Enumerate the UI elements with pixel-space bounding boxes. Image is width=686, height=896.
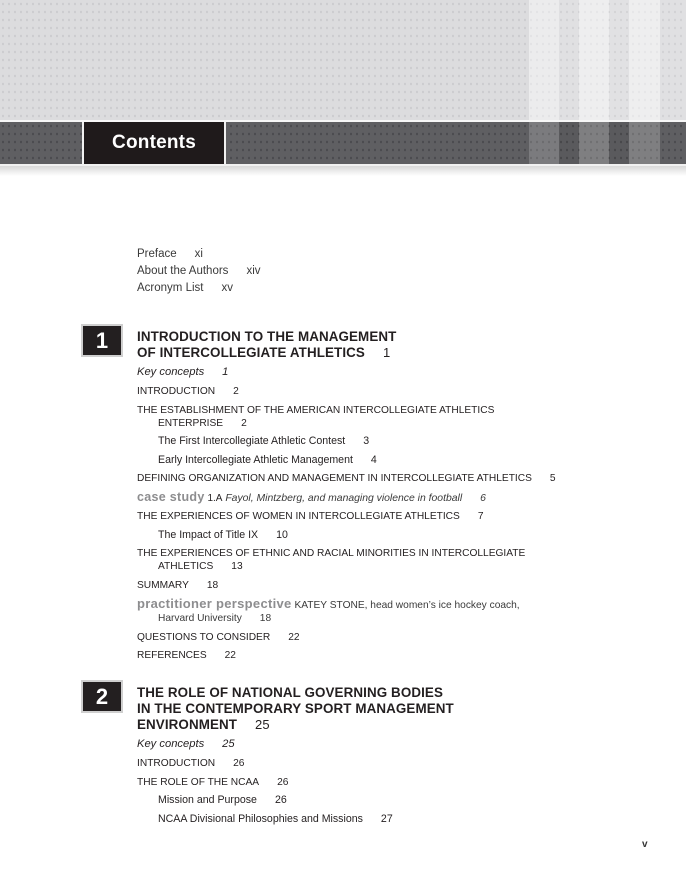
- toc-entry[interactable]: The Impact of Title IX10: [137, 529, 577, 542]
- toc-entry[interactable]: THE ESTABLISHMENT OF THE AMERICAN INTERC…: [137, 404, 577, 430]
- chapter-title[interactable]: INTRODUCTION TO THE MANAGEMENT OF INTERC…: [137, 329, 396, 361]
- band-stripe: [529, 122, 559, 164]
- entry-label-continued: ATHLETICS13: [137, 560, 577, 573]
- case-study-number: 1.A: [207, 493, 222, 504]
- entry-label: INTRODUCTION: [137, 386, 215, 397]
- entry-label: Mission and Purpose: [158, 794, 257, 806]
- entry-page: 13: [231, 561, 242, 572]
- toc-entry[interactable]: practitioner perspective KATEY STONE, he…: [137, 597, 577, 625]
- toc-entry[interactable]: Early Intercollegiate Athletic Managemen…: [137, 454, 577, 467]
- toc-entry[interactable]: DEFINING ORGANIZATION AND MANAGEMENT IN …: [137, 472, 577, 485]
- header-stripe: [579, 0, 609, 120]
- toc-entry[interactable]: INTRODUCTION26: [137, 757, 577, 770]
- page-title: Contents: [112, 132, 196, 154]
- entry-label: THE ESTABLISHMENT OF THE AMERICAN INTERC…: [137, 405, 494, 416]
- header-shadow: [0, 166, 686, 176]
- entry-label: THE EXPERIENCES OF WOMEN IN INTERCOLLEGI…: [137, 511, 460, 522]
- entry-label: Preface: [137, 248, 177, 260]
- entry-page: xiv: [246, 263, 260, 280]
- entry-label: Early Intercollegiate Athletic Managemen…: [158, 454, 353, 466]
- toc-entry[interactable]: QUESTIONS TO CONSIDER22: [137, 631, 577, 644]
- entry-page: 2: [233, 386, 239, 397]
- page-title-box: Contents: [82, 122, 226, 164]
- chapter-number-badge: 1: [81, 324, 123, 357]
- header-stripe: [629, 0, 660, 120]
- entry-label: DEFINING ORGANIZATION AND MANAGEMENT IN …: [137, 473, 532, 484]
- entry-label: Acronym List: [137, 282, 203, 294]
- toc-entry[interactable]: THE EXPERIENCES OF WOMEN IN INTERCOLLEGI…: [137, 510, 577, 523]
- toc-entry-about-authors[interactable]: About the Authorsxiv: [137, 263, 261, 280]
- chapter-entries: Key concepts25INTRODUCTION26THE ROLE OF …: [137, 738, 577, 831]
- entry-label: NCAA Divisional Philosophies and Mission…: [158, 813, 363, 825]
- entry-page: 25: [222, 738, 234, 750]
- entry-page: 22: [225, 650, 236, 661]
- practitioner-perspective-label: practitioner perspective: [137, 596, 292, 611]
- entry-label: Fayol, Mintzberg, and managing violence …: [225, 493, 462, 504]
- chapter-page: 25: [255, 717, 270, 732]
- band-stripe: [629, 122, 660, 164]
- toc-entry[interactable]: THE ROLE OF THE NCAA26: [137, 776, 577, 789]
- entry-label: QUESTIONS TO CONSIDER: [137, 632, 270, 643]
- toc-entry[interactable]: SUMMARY18: [137, 579, 577, 592]
- page-number: v: [642, 839, 648, 850]
- entry-page: 4: [371, 454, 377, 466]
- entry-label: THE ROLE OF THE NCAA: [137, 777, 259, 788]
- chapter-title-line: INTRODUCTION TO THE MANAGEMENT: [137, 329, 396, 345]
- toc-entry-preface[interactable]: Prefacexi: [137, 246, 261, 263]
- band-stripe: [609, 122, 629, 164]
- entry-label: INTRODUCTION: [137, 758, 215, 769]
- entry-page: xv: [221, 280, 233, 297]
- toc-entry[interactable]: Key concepts1: [137, 366, 577, 379]
- chapter-title[interactable]: THE ROLE OF NATIONAL GOVERNING BODIES IN…: [137, 685, 454, 733]
- chapter-number-badge: 2: [81, 680, 123, 713]
- entry-label: KATEY STONE, head women’s ice hockey coa…: [294, 600, 519, 611]
- band-stripe: [579, 122, 609, 164]
- header-background: [0, 0, 686, 120]
- band-stripe: [559, 122, 579, 164]
- toc-entry-acronym-list[interactable]: Acronym Listxv: [137, 280, 261, 297]
- chapter-title-line: ENVIRONMENT: [137, 717, 237, 732]
- entry-page: 22: [288, 632, 299, 643]
- entry-page: xi: [195, 246, 203, 263]
- entry-label: The First Intercollegiate Athletic Conte…: [158, 435, 345, 447]
- entry-page: 10: [276, 529, 288, 541]
- entry-label: SUMMARY: [137, 580, 189, 591]
- toc-entry[interactable]: INTRODUCTION2: [137, 385, 577, 398]
- front-matter-list: Prefacexi About the Authorsxiv Acronym L…: [137, 246, 261, 297]
- chapter-title-line: OF INTERCOLLEGIATE ATHLETICS: [137, 345, 365, 360]
- toc-entry[interactable]: case study 1.A Fayol, Mintzberg, and man…: [137, 491, 577, 505]
- entry-label: ATHLETICS: [158, 561, 213, 572]
- entry-page: 18: [207, 580, 218, 591]
- key-concepts-label: Key concepts: [137, 738, 204, 750]
- toc-entry[interactable]: REFERENCES22: [137, 649, 577, 662]
- entry-page: 27: [381, 813, 393, 825]
- chapter-title-line: THE ROLE OF NATIONAL GOVERNING BODIES: [137, 685, 454, 701]
- chapter-page: 1: [383, 345, 390, 360]
- header-stripe: [660, 0, 686, 120]
- toc-entry[interactable]: Key concepts25: [137, 738, 577, 751]
- entry-label: Harvard University: [158, 613, 242, 624]
- entry-page: 2: [241, 418, 247, 429]
- chapter-title-line: IN THE CONTEMPORARY SPORT MANAGEMENT: [137, 701, 454, 717]
- key-concepts-label: Key concepts: [137, 366, 204, 378]
- entry-label: THE EXPERIENCES OF ETHNIC AND RACIAL MIN…: [137, 548, 525, 559]
- entry-label: About the Authors: [137, 265, 228, 277]
- entry-label: REFERENCES: [137, 650, 207, 661]
- entry-label: The Impact of Title IX: [158, 529, 258, 541]
- entry-page: 6: [480, 493, 486, 504]
- entry-page: 1: [222, 366, 228, 378]
- entry-page: 18: [260, 613, 271, 624]
- case-study-label: case study: [137, 490, 205, 504]
- toc-entry[interactable]: NCAA Divisional Philosophies and Mission…: [137, 813, 577, 826]
- entry-label: ENTERPRISE: [158, 418, 223, 429]
- header-stripe: [529, 0, 559, 120]
- entry-page: 26: [277, 777, 288, 788]
- entry-page: 5: [550, 473, 556, 484]
- entry-label-continued: Harvard University18: [137, 612, 577, 625]
- chapter-entries: Key concepts1INTRODUCTION2THE ESTABLISHM…: [137, 366, 577, 668]
- toc-entry[interactable]: The First Intercollegiate Athletic Conte…: [137, 435, 577, 448]
- entry-page: 26: [233, 758, 244, 769]
- entry-page: 3: [363, 435, 369, 447]
- toc-entry[interactable]: Mission and Purpose26: [137, 794, 577, 807]
- toc-entry[interactable]: THE EXPERIENCES OF ETHNIC AND RACIAL MIN…: [137, 547, 577, 573]
- header-stripe: [609, 0, 629, 120]
- header-stripe: [559, 0, 579, 120]
- entry-page: 7: [478, 511, 484, 522]
- entry-page: 26: [275, 794, 287, 806]
- entry-label-continued: ENTERPRISE2: [137, 417, 577, 430]
